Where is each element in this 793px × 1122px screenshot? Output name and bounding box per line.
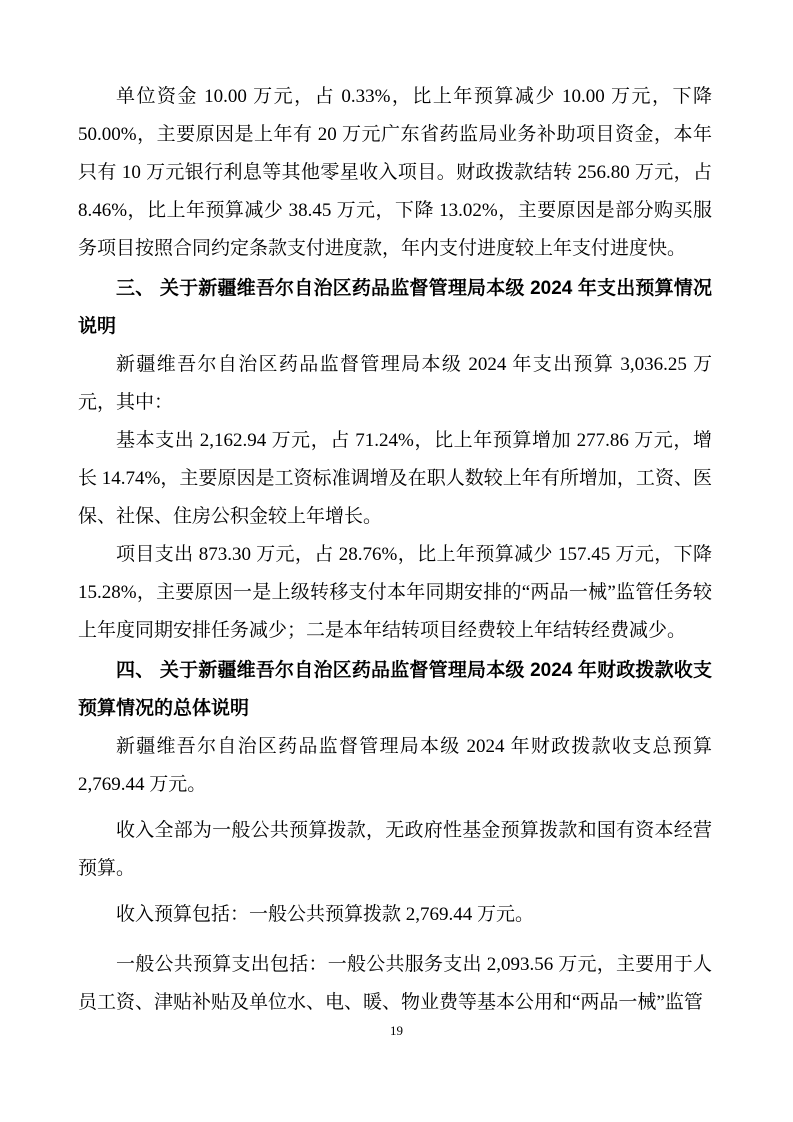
section-4-heading: 四、 关于新疆维吾尔自治区药品监督管理局本级 2024 年财政拨款收支预算情况的… [78,652,712,728]
document-page: 单位资金 10.00 万元，占 0.33%，比上年预算减少 10.00 万元，下… [0,0,793,1122]
paragraph-project-expenditure: 项目支出 873.30 万元，占 28.76%，比上年预算减少 157.45 万… [78,536,712,650]
paragraph-income-source: 收入全部为一般公共预算拨款，无政府性基金预算拨款和国有资本经营预算。 [78,812,712,888]
paragraph-unit-funds: 单位资金 10.00 万元，占 0.33%，比上年预算减少 10.00 万元，下… [78,78,712,268]
paragraph-section-3-intro: 新疆维吾尔自治区药品监督管理局本级 2024 年支出预算 3,036.25 万元… [78,346,712,422]
paragraph-public-budget-expenditure: 一般公共预算支出包括：一般公共服务支出 2,093.56 万元，主要用于人员工资… [78,946,712,1022]
section-3-heading: 三、 关于新疆维吾尔自治区药品监督管理局本级 2024 年支出预算情况说明 [78,270,712,346]
paragraph-basic-expenditure: 基本支出 2,162.94 万元，占 71.24%，比上年预算增加 277.86… [78,422,712,536]
document-content: 单位资金 10.00 万元，占 0.33%，比上年预算减少 10.00 万元，下… [78,78,712,1022]
paragraph-income-budget: 收入预算包括：一般公共预算拨款 2,769.44 万元。 [78,896,712,934]
paragraph-section-4-intro: 新疆维吾尔自治区药品监督管理局本级 2024 年财政拨款收支总预算 2,769.… [78,728,712,804]
page-number: 19 [0,1022,793,1040]
